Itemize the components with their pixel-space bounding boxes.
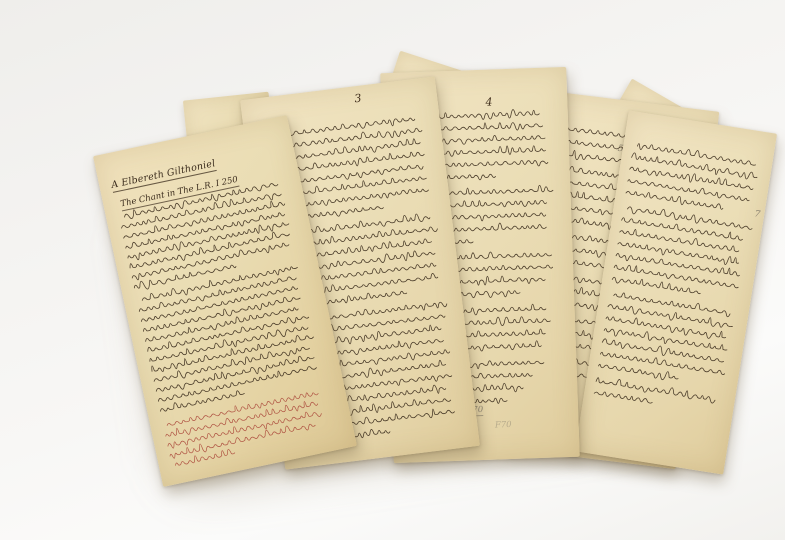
photo-backdrop: 2 5 p.t.o. back 7 4 F70 F70 3 F72 A Elbe…: [0, 0, 785, 540]
pencil-mark: F70: [495, 420, 512, 431]
